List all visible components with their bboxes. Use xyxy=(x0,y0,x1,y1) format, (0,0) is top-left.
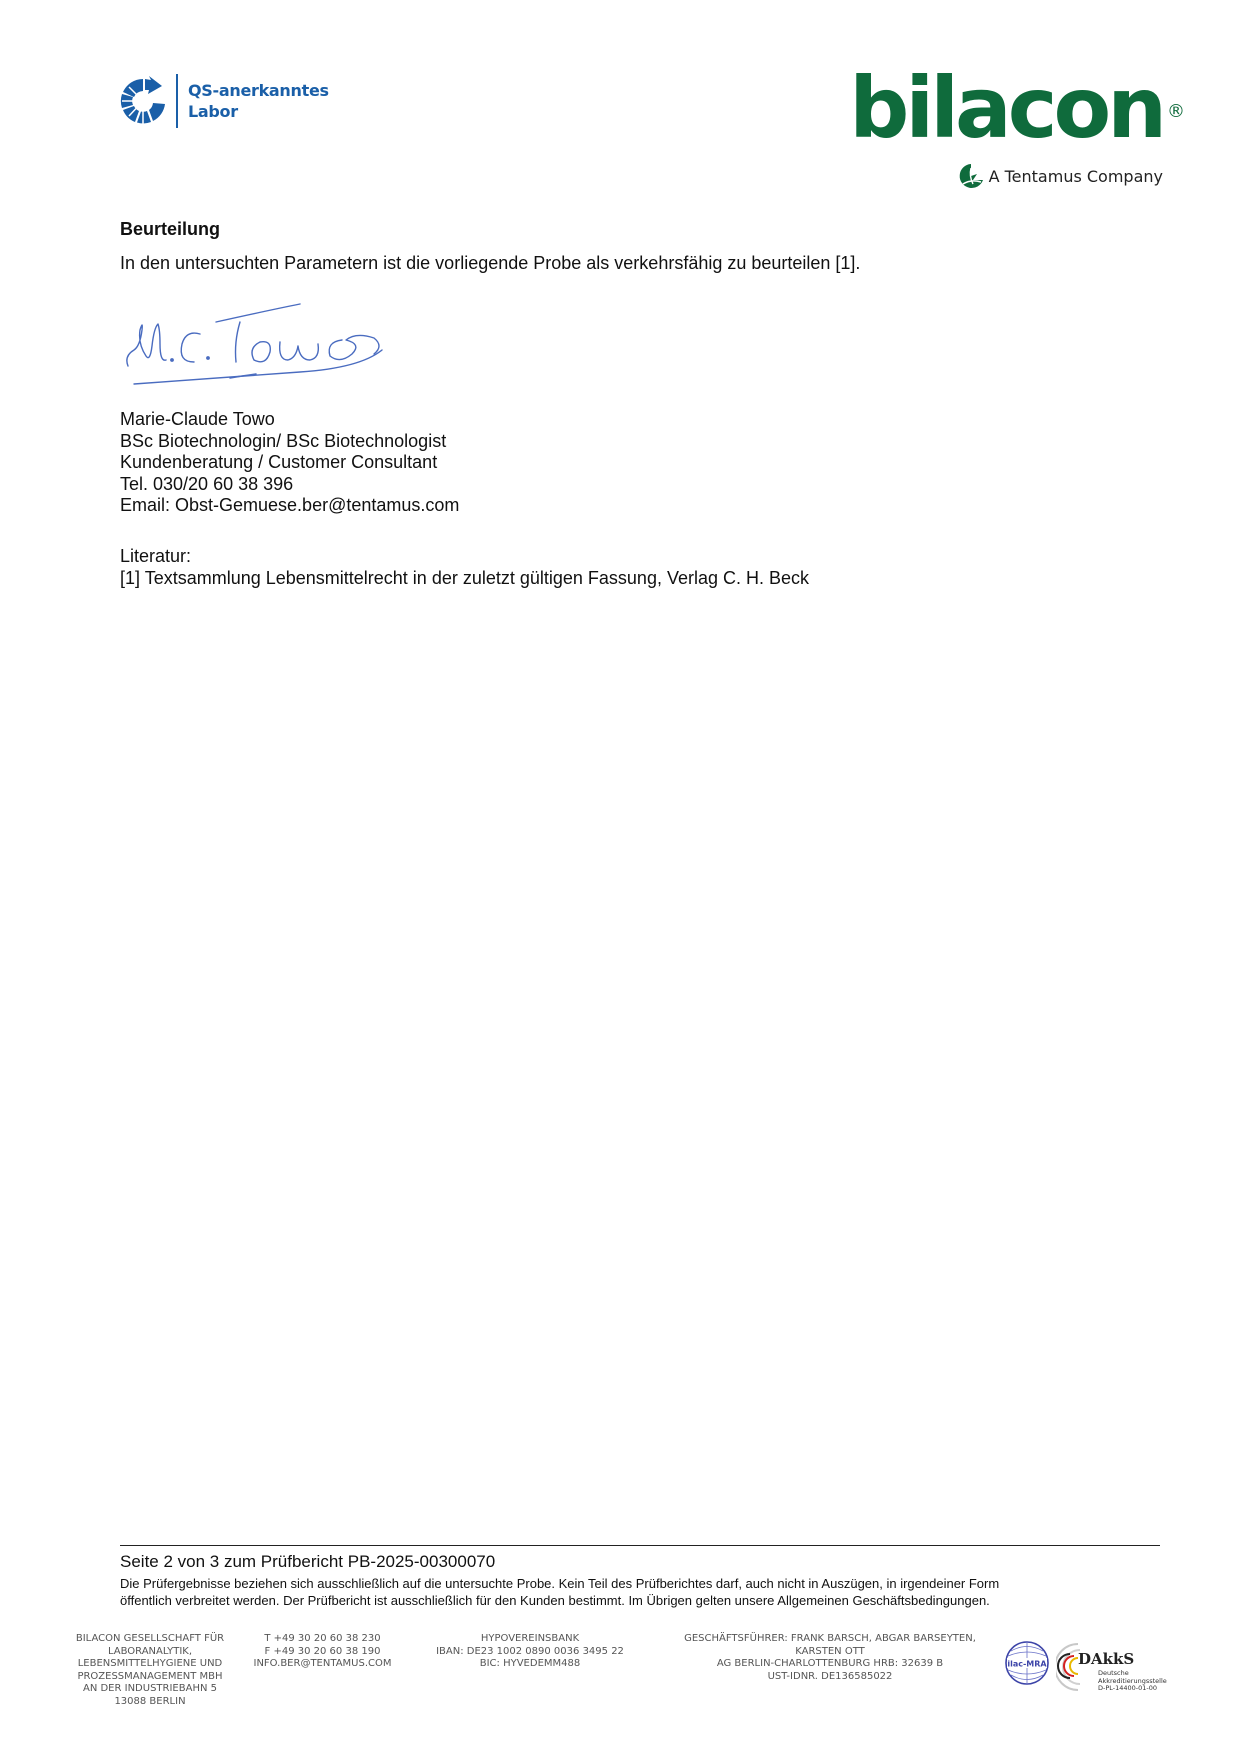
dakks-name: DAkkS xyxy=(1078,1650,1134,1668)
tentamus-leaf-icon xyxy=(957,162,985,190)
management-line: KARSTEN OTT xyxy=(670,1646,990,1659)
company-line: BILACON GESELLSCHAFT FÜR xyxy=(70,1633,230,1646)
footer-management: GESCHÄFTSFÜHRER: FRANK BARSCH, ABGAR BAR… xyxy=(670,1633,990,1683)
assessment-heading: Beurteilung xyxy=(120,218,1120,240)
signer-role: Kundenberatung / Customer Consultant xyxy=(120,452,459,474)
qs-logo-line2: Labor xyxy=(188,101,329,122)
contact-fax: F +49 30 20 60 38 190 xyxy=(245,1646,400,1659)
qs-certified-lab-logo: QS-anerkanntes Labor xyxy=(118,74,329,128)
footer-page-info: Seite 2 von 3 zum Prüfbericht PB-2025-00… xyxy=(120,1551,495,1573)
footer-company-address: BILACON GESELLSCHAFT FÜR LABORANALYTIK, … xyxy=(70,1633,230,1708)
tagline-text: A Tentamus Company xyxy=(989,167,1163,186)
brand-name-text: bilacon xyxy=(849,59,1163,157)
registered-mark: ® xyxy=(1167,70,1185,154)
footer-contact: T +49 30 20 60 38 230 F +49 30 20 60 38 … xyxy=(245,1633,400,1671)
management-line: AG BERLIN-CHARLOTTENBURG HRB: 32639 B xyxy=(670,1658,990,1671)
management-line: GESCHÄFTSFÜHRER: FRANK BARSCH, ABGAR BAR… xyxy=(670,1633,990,1646)
management-line: UST-IDNR. DE136585022 xyxy=(670,1671,990,1684)
company-line: LABORANALYTIK, xyxy=(70,1646,230,1659)
disclaimer-line-1: Die Prüfergebnisse beziehen sich ausschl… xyxy=(120,1575,1160,1592)
assessment-section: Beurteilung In den untersuchten Paramete… xyxy=(120,218,1120,274)
handwritten-signature xyxy=(120,300,440,410)
footer-divider xyxy=(120,1545,1160,1546)
ilac-mra-logo-icon: ilac-MRA xyxy=(1004,1640,1050,1686)
qs-logo-line1: QS-anerkanntes xyxy=(188,80,329,101)
disclaimer-line-2: öffentlich verbreitet werden. Der Prüfbe… xyxy=(120,1592,1160,1609)
company-line: PROZESSMANAGEMENT MBH xyxy=(70,1671,230,1684)
signer-title: BSc Biotechnologin/ BSc Biotechnologist xyxy=(120,431,459,453)
bank-bic: BIC: HYVEDEMM488 xyxy=(420,1658,640,1671)
literature-heading: Literatur: xyxy=(120,545,809,567)
bank-name: HYPOVEREINSBANK xyxy=(420,1633,640,1646)
accreditation-logos: ilac-MRA DAkkS Deutsche Akkreditierungss… xyxy=(1004,1640,1184,1700)
assessment-text: In den untersuchten Parametern ist die v… xyxy=(120,252,1120,274)
literature-section: Literatur: [1] Textsammlung Lebensmittel… xyxy=(120,545,809,589)
company-line: 13088 BERLIN xyxy=(70,1696,230,1709)
signer-email[interactable]: Email: Obst-Gemuese.ber@tentamus.com xyxy=(120,495,459,517)
dakks-logo: DAkkS Deutsche Akkreditierungsstelle D-P… xyxy=(1056,1640,1184,1700)
bank-iban: IBAN: DE23 1002 0890 0036 3495 22 xyxy=(420,1646,640,1659)
qs-logo-text: QS-anerkanntes Labor xyxy=(188,80,329,122)
company-line: LEBENSMITTELHYGIENE UND xyxy=(70,1658,230,1671)
signer-phone: Tel. 030/20 60 38 396 xyxy=(120,474,459,496)
literature-item: [1] Textsammlung Lebensmittelrecht in de… xyxy=(120,567,809,589)
company-line: AN DER INDUSTRIEBAHN 5 xyxy=(70,1683,230,1696)
brand-name: bilacon ® xyxy=(849,66,1163,150)
contact-email[interactable]: INFO.BER@TENTAMUS.COM xyxy=(245,1658,400,1671)
signer-block: Marie-Claude Towo BSc Biotechnologin/ BS… xyxy=(120,409,459,517)
bilacon-logo: bilacon ® A Tentamus Company xyxy=(849,66,1163,190)
qs-logo-divider xyxy=(176,74,178,128)
qs-circular-arrow-icon xyxy=(118,76,168,126)
svg-text:ilac-MRA: ilac-MRA xyxy=(1007,1660,1047,1669)
dakks-id: D-PL-14400-01-00 xyxy=(1098,1685,1167,1693)
footer-disclaimer: Die Prüfergebnisse beziehen sich ausschl… xyxy=(120,1575,1160,1609)
contact-phone: T +49 30 20 60 38 230 xyxy=(245,1633,400,1646)
dakks-subtitle: Deutsche Akkreditierungsstelle D-PL-1440… xyxy=(1098,1670,1167,1693)
footer-bank: HYPOVEREINSBANK IBAN: DE23 1002 0890 003… xyxy=(420,1633,640,1671)
tentamus-tagline: A Tentamus Company xyxy=(849,162,1163,190)
signer-name: Marie-Claude Towo xyxy=(120,409,459,431)
